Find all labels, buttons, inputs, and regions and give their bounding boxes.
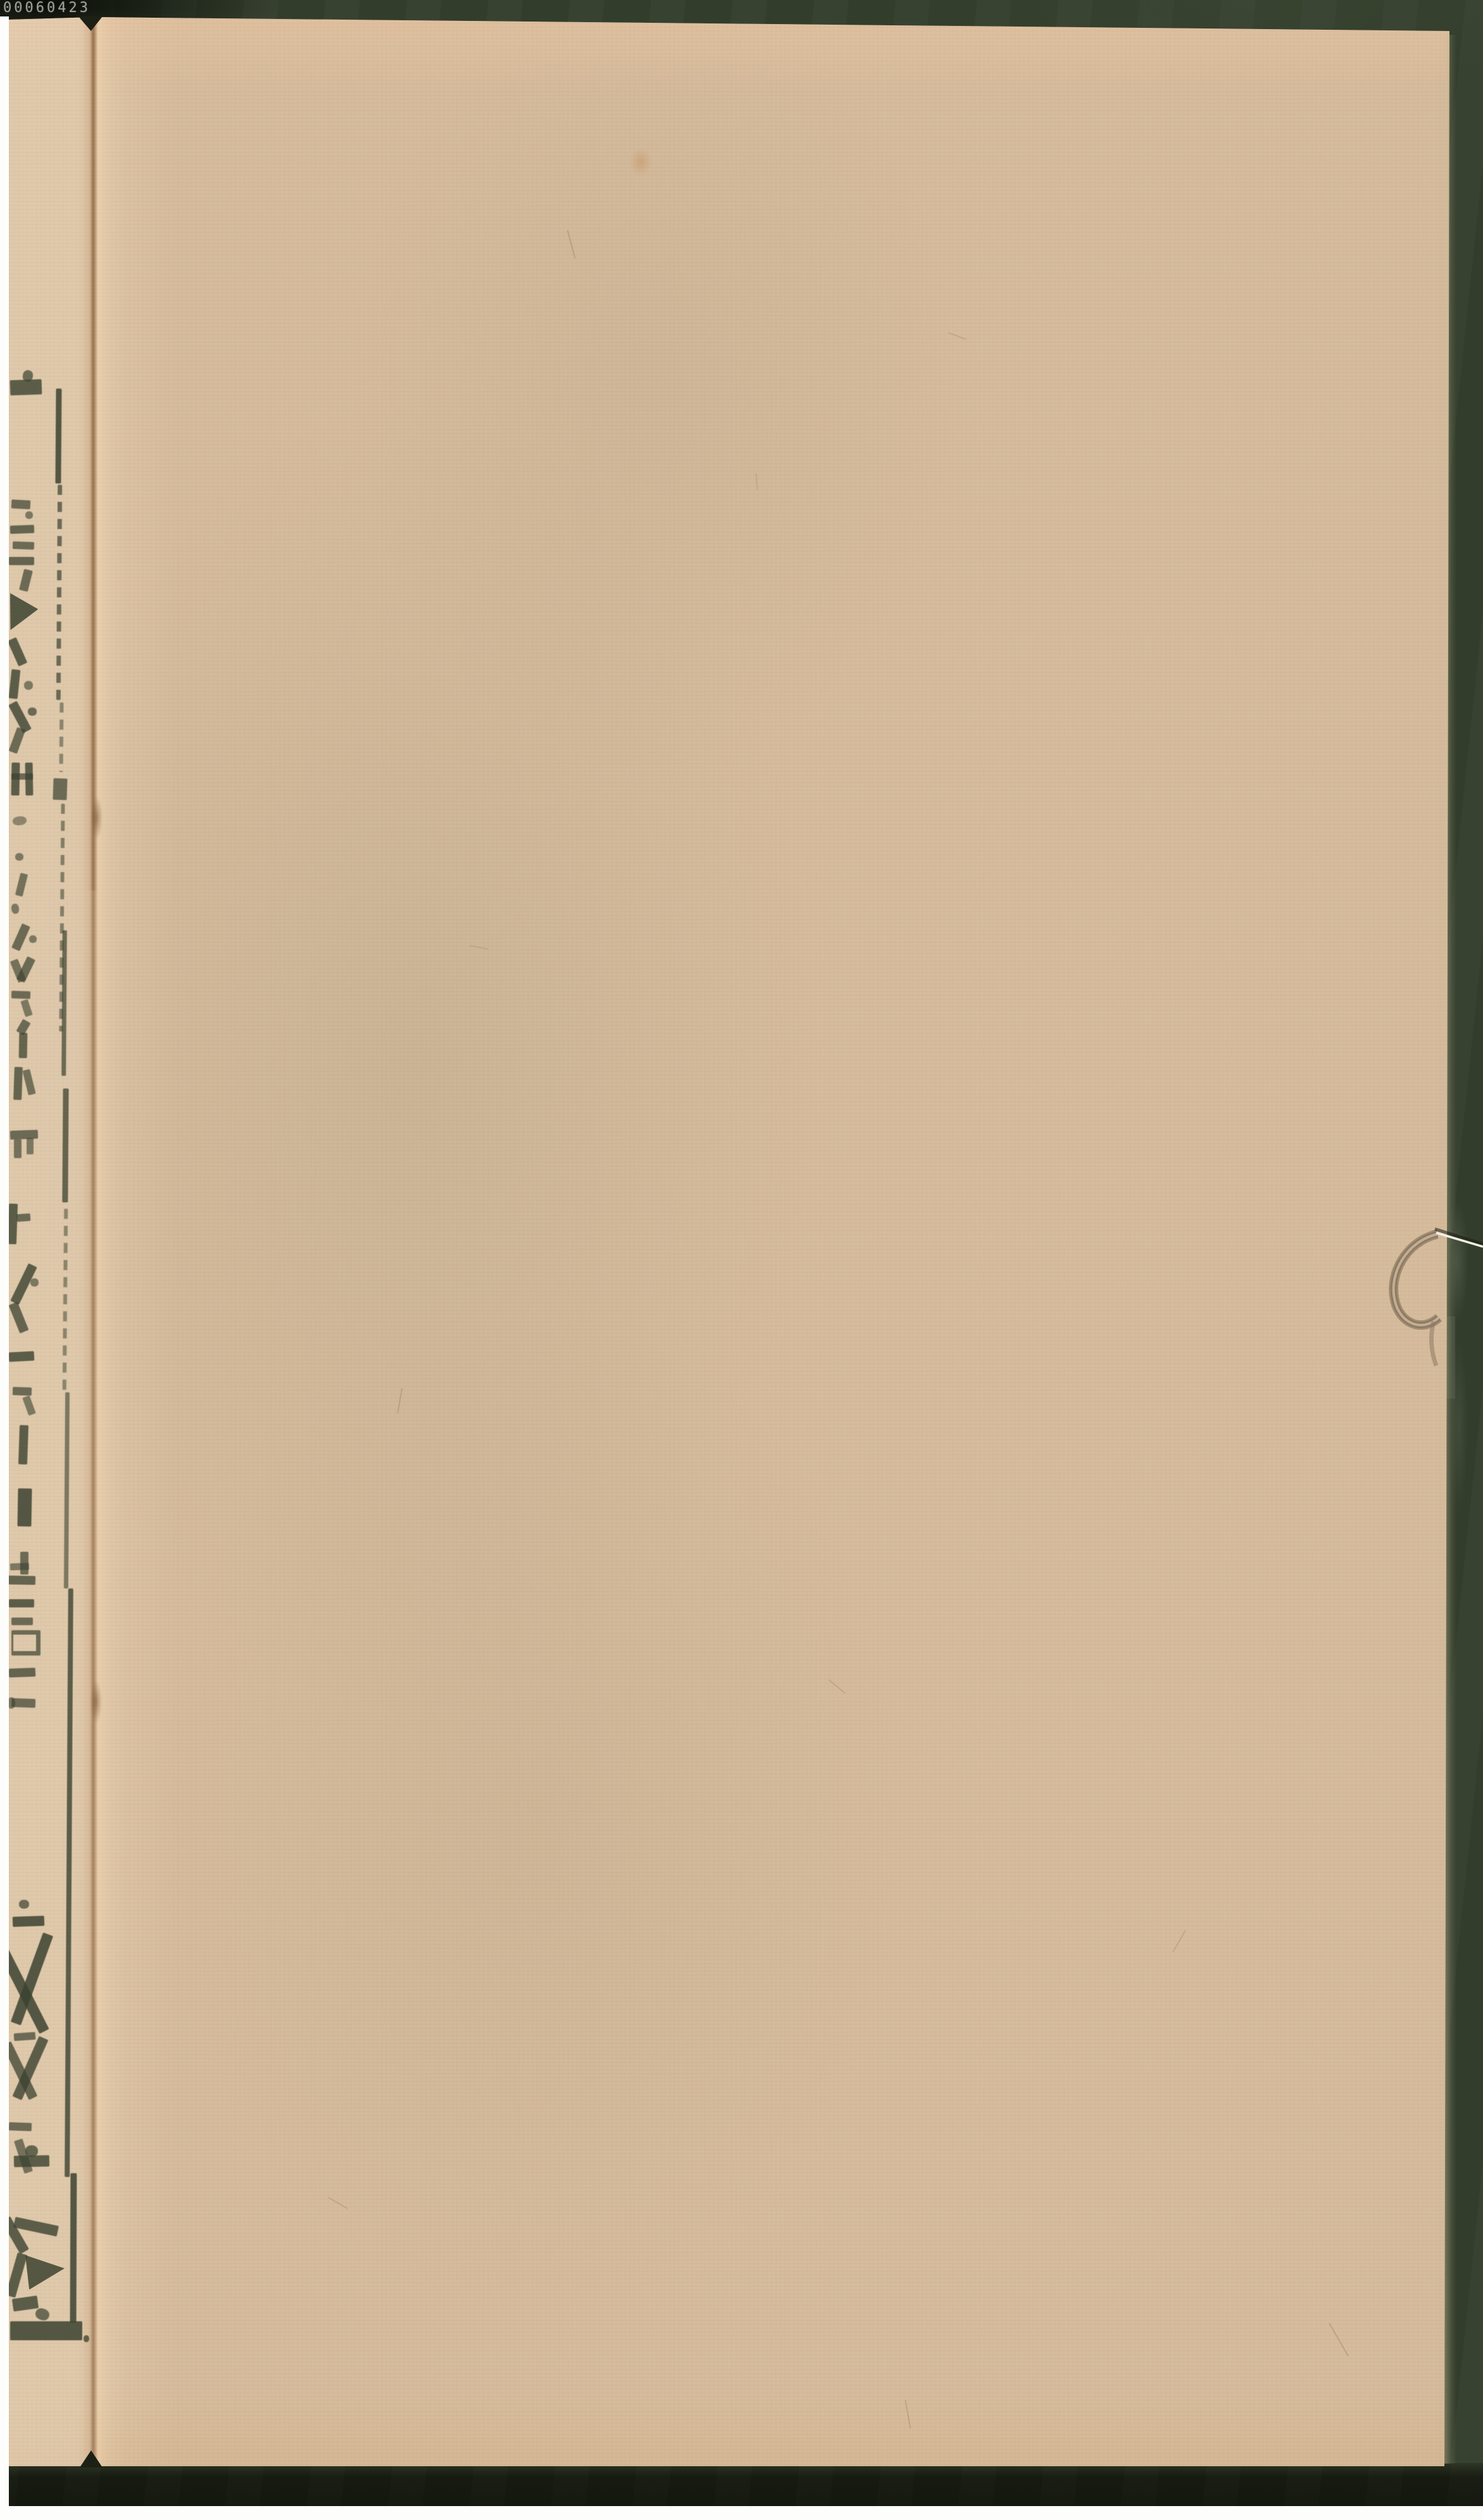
- glyph-fragment: [11, 1630, 40, 1656]
- glyph-fragment: [25, 2145, 38, 2157]
- glyph-fragment: [19, 1033, 28, 1058]
- glyph-fragment: [24, 681, 33, 690]
- glyph-fragment: [10, 2321, 82, 2340]
- glyph-fragment: [22, 1395, 36, 1416]
- glyph-fragment: [9, 1668, 35, 1677]
- metal-clip-icon: [1379, 1221, 1483, 1380]
- glyph-fragment: [15, 853, 23, 861]
- glyph-fragment: [16, 1213, 31, 1222]
- scanner-background-bottom-band: [0, 2463, 1483, 2507]
- glyph-fragment: [11, 499, 31, 509]
- glyph-fragment: [30, 1278, 39, 1287]
- scanned-book-photo: 00060423: [0, 0, 1483, 2520]
- glyph-fragment: [65, 1588, 73, 2177]
- glyph-fragment: [25, 2253, 65, 2290]
- scan-id-stamp: 00060423: [3, 0, 90, 16]
- glyph-fragment: [13, 1067, 23, 1100]
- glyph-fragment: [9, 727, 26, 754]
- scan-margin-bottom: [0, 2506, 1483, 2520]
- glyph-fragment: [19, 569, 33, 592]
- glyph-fragment: [62, 1088, 68, 1202]
- crease-knot: [90, 1680, 102, 1723]
- gutter-crease-lower: [81, 890, 110, 2466]
- glyph-fragment: [11, 1618, 33, 1625]
- glyph-fragment: [8, 1576, 35, 1585]
- glyph-fragment: [20, 999, 32, 1017]
- glyph-fragment: [11, 990, 30, 999]
- clip-glint-shadow: [1435, 1229, 1483, 1244]
- crease-knot: [91, 796, 102, 839]
- glyph-fragment: [14, 2032, 36, 2041]
- glyph-fragment: [10, 525, 34, 533]
- glyph-fragment: [17, 1488, 32, 1526]
- glyph-fragment: [11, 923, 30, 951]
- glyph-fragment: [9, 557, 34, 565]
- glyph-fragment: [63, 1209, 68, 1392]
- glyph-fragment: [8, 637, 28, 666]
- glyph-fragment: [28, 708, 37, 716]
- glyph-fragment: [56, 485, 62, 700]
- clip-glint: [1436, 1233, 1483, 1247]
- glyph-fragment: [12, 816, 27, 826]
- glyph-fragment: [10, 1130, 38, 1140]
- glyph-fragment: [61, 930, 67, 1076]
- clip-tail: [1432, 1321, 1436, 1366]
- scan-margin-left: [0, 16, 9, 2520]
- glyph-fragment: [12, 2295, 39, 2311]
- glyph-fragment: [9, 1599, 34, 1607]
- glyph-fragment: [64, 1392, 70, 1588]
- glyph-fragment: [18, 1425, 28, 1464]
- glyph-fragment: [8, 590, 39, 632]
- glyph-fragment: [9, 1302, 29, 1333]
- glyph-fragment: [13, 1387, 32, 1395]
- glyph-fragment: [9, 2122, 32, 2131]
- glyph-fragment: [13, 1916, 45, 1927]
- glyph-fragment: [14, 2155, 49, 2168]
- glyph-fragment: [13, 541, 34, 549]
- glyph-fragment: [19, 1900, 29, 1909]
- glyph-fragment: [11, 903, 20, 914]
- glyph-fragment: [25, 511, 33, 519]
- glyph-fragment: [15, 873, 28, 897]
- glyph-fragment: [53, 778, 67, 801]
- glyph-fragment: [9, 669, 21, 699]
- book-pages: [0, 0, 1483, 2520]
- glyph-fragment: [59, 702, 64, 772]
- glyph-fragment: [14, 1139, 22, 1158]
- gutter-crease: [81, 17, 110, 890]
- glyph-fragment: [29, 935, 37, 943]
- glyph-fragment: [10, 1563, 29, 1570]
- glyph-fragment: [34, 2307, 51, 2322]
- glyph-fragment: [11, 773, 33, 780]
- glyph-fragment: [10, 379, 42, 396]
- glyph-fragment: [70, 2173, 77, 2323]
- glyph-fragment: [27, 1138, 34, 1154]
- left-page-print-fragments: [0, 0, 1483, 2520]
- glyph-fragment: [22, 1069, 35, 1095]
- glyph-fragment: [55, 389, 61, 483]
- glyph-fragment: [8, 1204, 18, 1244]
- glyph-fragment: [9, 1351, 35, 1362]
- clip-reflection-streak: [1445, 1316, 1455, 1399]
